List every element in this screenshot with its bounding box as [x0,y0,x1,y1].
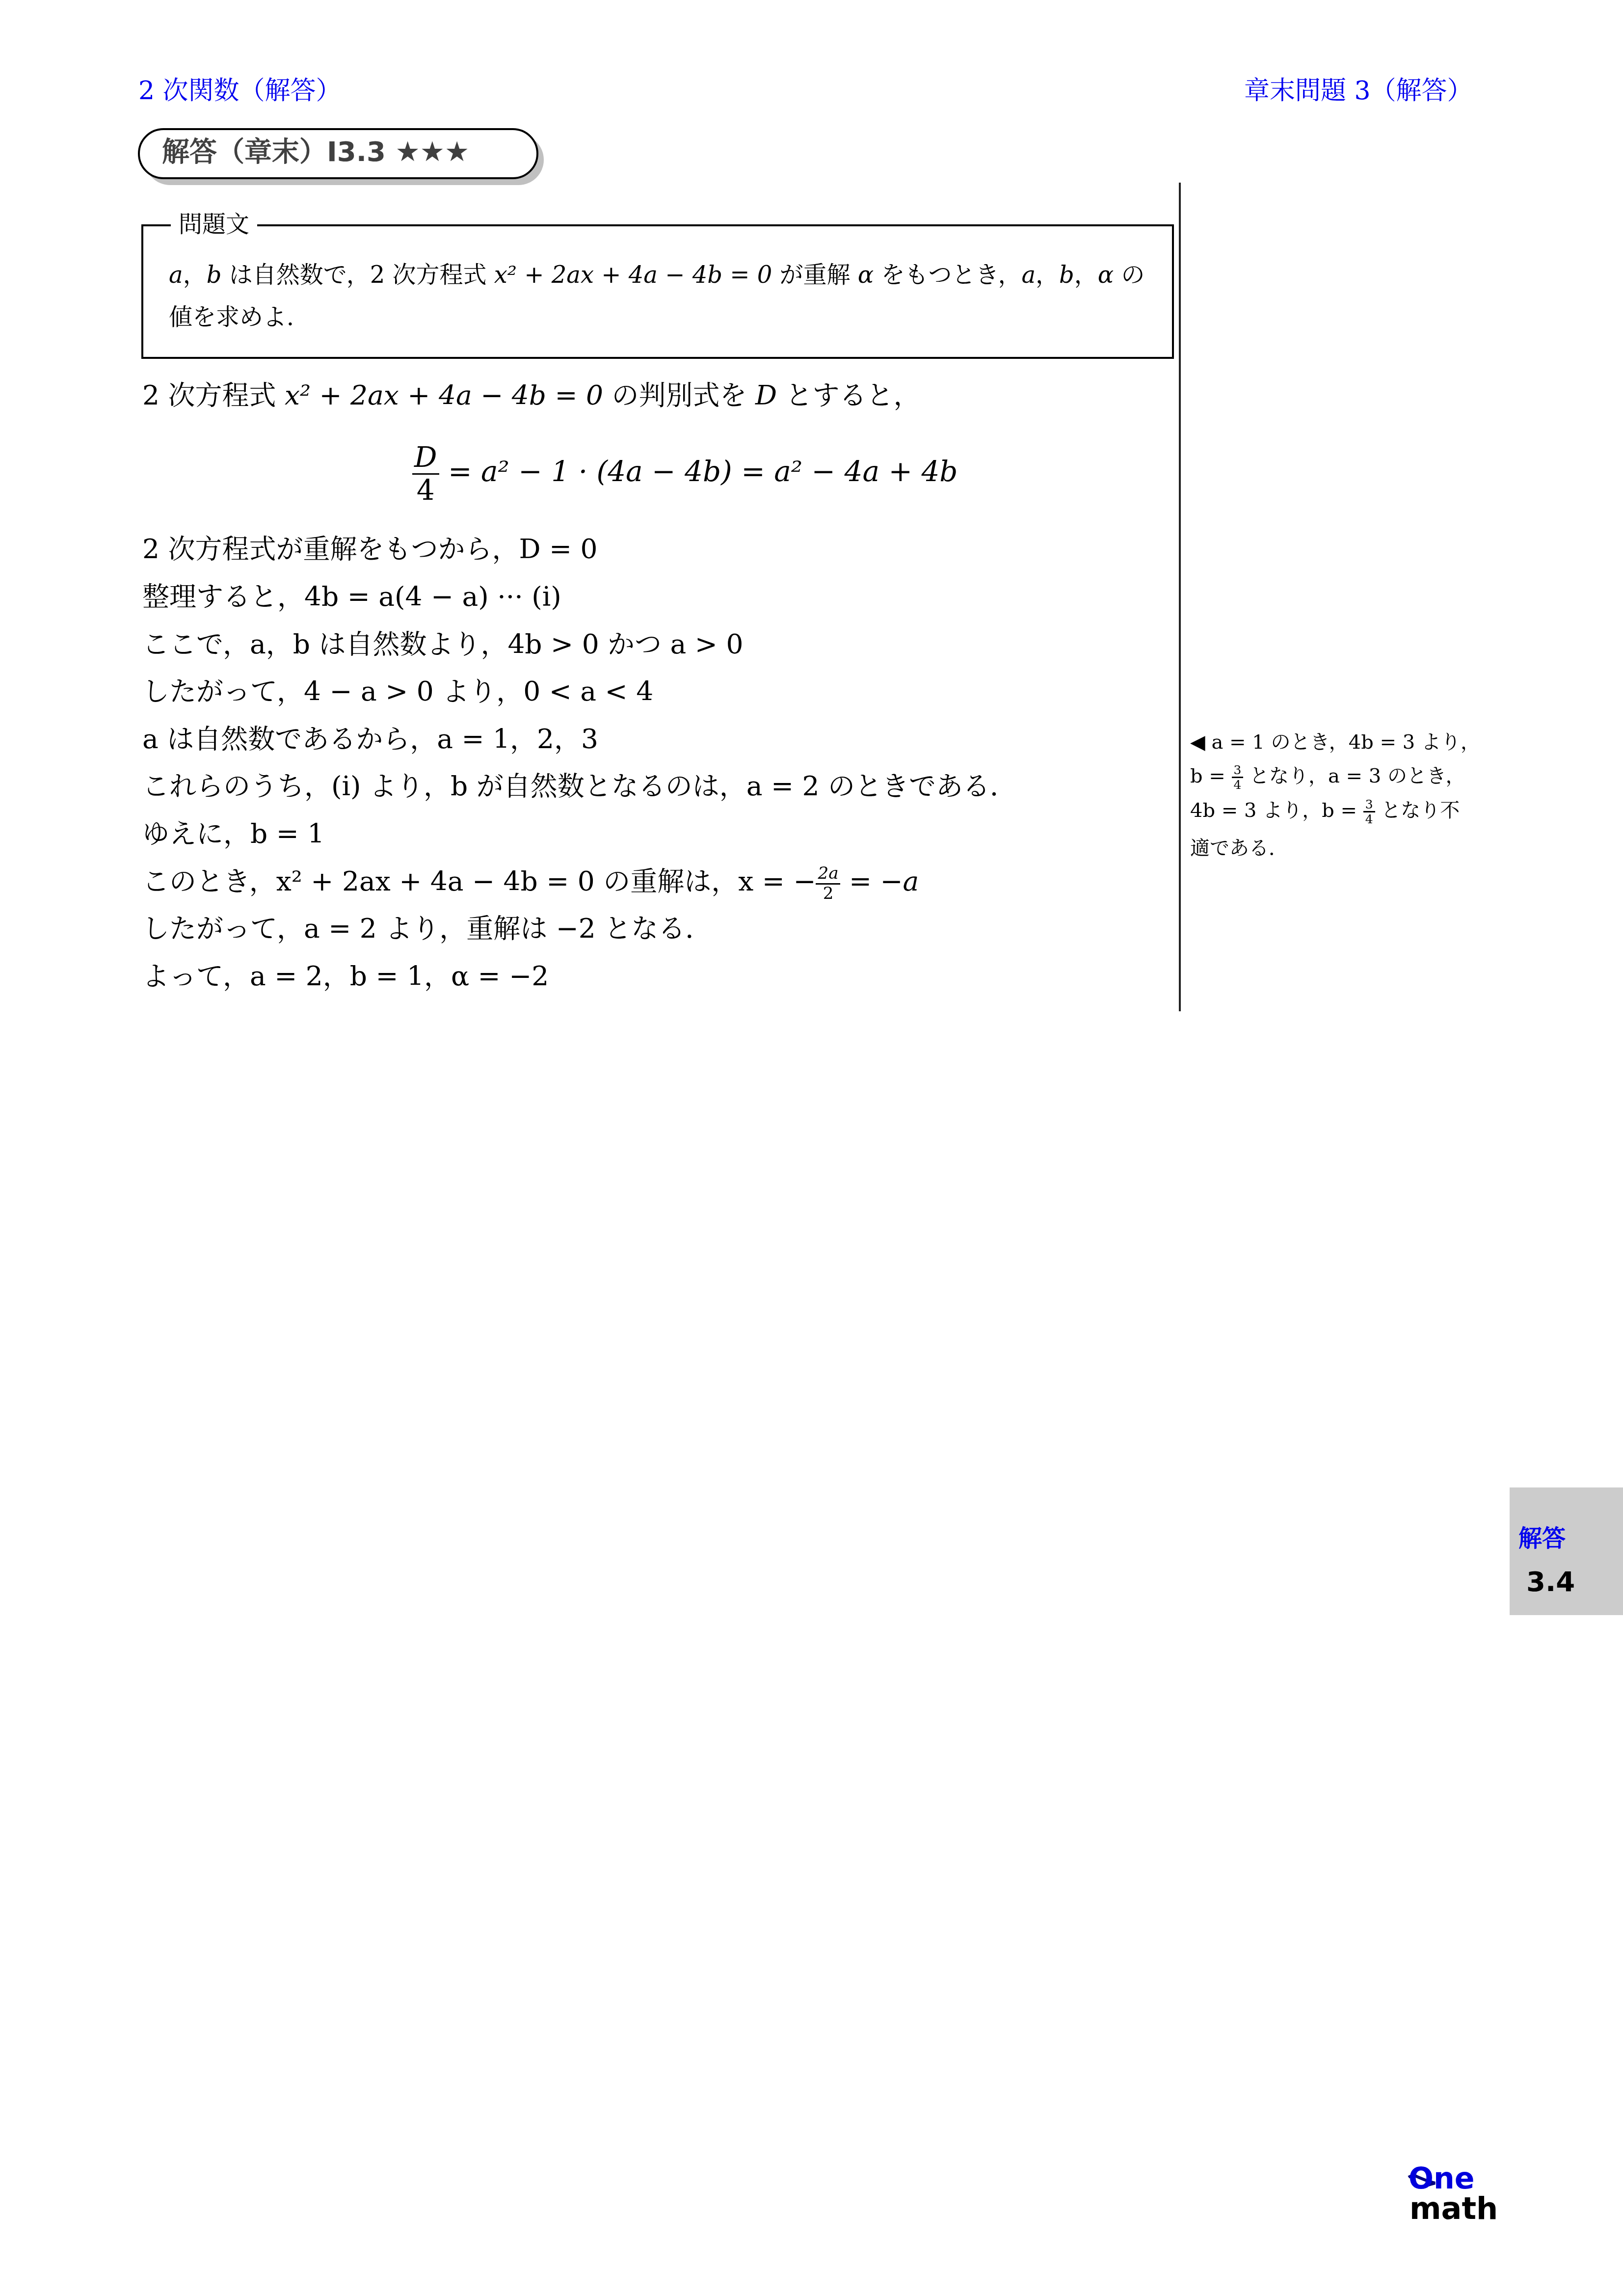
equation-rhs: = a² − 1 · (4a − 4b) = a² − 4a + 4b [439,455,958,488]
final-answer-text: よって，a = 2，b = 1，α = −2 [142,960,549,992]
denominator: 4 [1363,812,1375,826]
title-badge-text: 解答（章末）I3.3 ★★★ [162,132,469,173]
comma: ， [1036,261,1059,289]
solution-line-6: これらのうち，(i) より，b が自然数となるのは，a = 2 のときである． [142,769,1017,803]
text: 2 次方程式 [142,379,285,411]
fraction-3-over-4: 34 [1363,798,1375,826]
numerator: D [412,442,439,475]
numerator: 3 [1232,763,1244,778]
var-a: a [1021,261,1036,289]
text: が重解 [772,261,858,289]
problem-text-line-1: a，b は自然数で，2 次方程式 x² + 2ax + 4a − 4b = 0 … [169,260,1145,290]
numerator: 3 [1363,798,1375,812]
solution-line-2: 整理すると，4b = a(4 − a) ··· (i) [142,579,561,614]
solution-line-7: ゆえに，b = 1 [142,816,324,851]
margin-note-line-4: 適である． [1190,836,1288,861]
text: = −a [840,865,919,897]
fraction-2a-over-2: 2a2 [816,864,840,903]
fraction-3-over-4: 34 [1232,763,1244,792]
solution-line-1: 2 次方程式が重解をもつから，D = 0 [142,532,598,566]
var-b: b [207,261,222,289]
comma: ， [183,261,207,289]
solution-line-8: このとき，x² + 2ax + 4a − 4b = 0 の重解は，x = −2a… [142,864,919,903]
difficulty-stars-icon: ★★★ [396,136,470,168]
problem-box [141,224,1174,359]
solution-line-10-final-answer: よって，a = 2，b = 1，α = −2 [142,959,549,993]
text: 4b = 3 より，b = [1190,799,1363,822]
var-alpha: α [1098,261,1114,289]
numerator: 2a [816,864,840,885]
side-tab-label: 解答 [1518,1519,1566,1553]
solution-line-3: ここで，a，b は自然数より，4b > 0 かつ a > 0 [142,627,743,661]
denominator: 2 [816,885,840,903]
problem-text-line-2: 値を求めよ． [169,302,310,332]
fraction-d-over-4: D 4 [412,442,439,506]
solution-intro: 2 次方程式 x² + 2ax + 4a − 4b = 0 の判別式を D とす… [142,378,921,412]
comma: ， [1074,261,1098,289]
margin-note-line-2: b = 34 となり，a = 3 のとき， [1190,763,1465,792]
header-section-title: 章末問題 3（解答） [1244,70,1473,107]
side-tab-number: 3.4 [1526,1566,1575,1598]
var-alpha: α [858,261,874,289]
problem-label: 問題文 [171,210,257,239]
title-label: 解答（章末）I3.3 [162,136,386,168]
header-chapter-title: 2 次関数（解答） [138,70,342,107]
text: の判別式を [603,379,755,411]
text: とすると， [777,379,920,411]
solution-line-4: したがって，4 − a > 0 より，0 < a < 4 [142,674,653,708]
text: となり，a = 3 のとき， [1243,765,1465,787]
equation: x² + 2ax + 4a − 4b = 0 [285,379,603,411]
margin-note-line-3: 4b = 3 より，b = 34 となり不 [1190,798,1460,826]
denominator: 4 [1232,778,1244,791]
text: b = [1190,765,1232,787]
var-d: D [755,379,777,411]
discriminant-equation: D 4 = a² − 1 · (4a − 4b) = a² − 4a + 4b [412,442,958,506]
text: a = 1 のとき，4b = 3 より， [1211,731,1480,754]
var-b: b [1059,261,1074,289]
text: このとき，x² + 2ax + 4a − 4b = 0 の重解は，x = − [142,865,816,897]
denominator: 4 [412,475,439,506]
margin-divider [1179,183,1181,1011]
text: となり不 [1375,799,1460,822]
logo-math: math [1410,2193,1498,2224]
text: の [1114,261,1144,289]
triangle-left-icon: ◀ [1190,731,1205,754]
text: は自然数で，2 次方程式 [221,261,494,289]
text: をもつとき， [874,261,1021,289]
var-a: a [169,261,183,289]
margin-note-line-1: ◀ a = 1 のとき，4b = 3 より， [1190,730,1480,755]
logo-one: One [1409,2164,1474,2193]
equation: x² + 2ax + 4a − 4b = 0 [494,261,772,289]
solution-line-5: a は自然数であるから，a = 1，2，3 [142,722,598,756]
solution-line-9: したがって，a = 2 より，重解は −2 となる． [142,911,712,945]
